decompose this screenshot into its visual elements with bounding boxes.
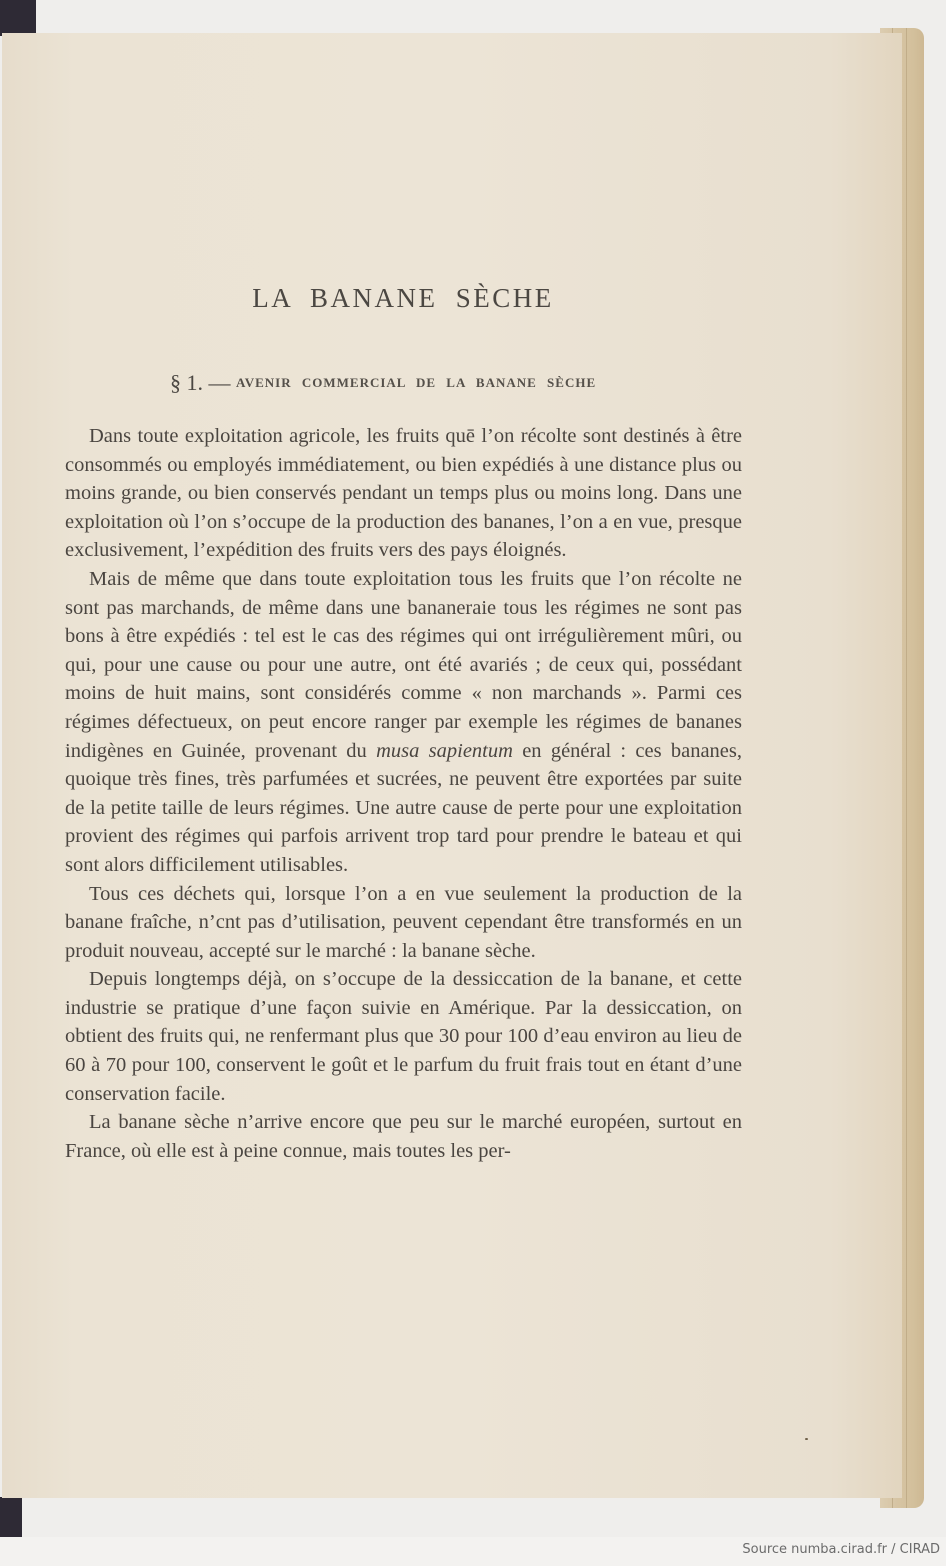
- section-heading: § 1. — AVENIR COMMERCIAL DE LA BANANE SÈ…: [170, 370, 596, 396]
- paragraph: La banane sèche n’arrive encore que peu …: [65, 1108, 742, 1165]
- paragraph: Tous ces déchets qui, lorsque l’on a en …: [65, 880, 742, 966]
- paper-speck: [805, 1438, 808, 1440]
- paragraph: Dans toute exploitation agricole, les fr…: [65, 422, 742, 565]
- book-cover-corner-top: [0, 0, 36, 36]
- chapter-title: LA BANANE SÈCHE: [0, 283, 806, 314]
- species-name-italic: musa sapientum: [376, 740, 513, 762]
- source-credit: Source numba.cirad.fr / CIRAD: [742, 1542, 940, 1557]
- paragraph: Depuis longtemps déjà, on s’occupe de la…: [65, 965, 742, 1108]
- paragraph-text: Mais de même que dans toute exploitation…: [65, 568, 742, 762]
- paragraph: Mais de même que dans toute exploitation…: [65, 565, 742, 880]
- body-text: Dans toute exploitation agricole, les fr…: [65, 422, 742, 1165]
- section-number: § 1. —: [170, 370, 231, 395]
- book-cover-corner-bottom: [0, 1497, 22, 1537]
- section-title: AVENIR COMMERCIAL DE LA BANANE SÈCHE: [236, 375, 596, 390]
